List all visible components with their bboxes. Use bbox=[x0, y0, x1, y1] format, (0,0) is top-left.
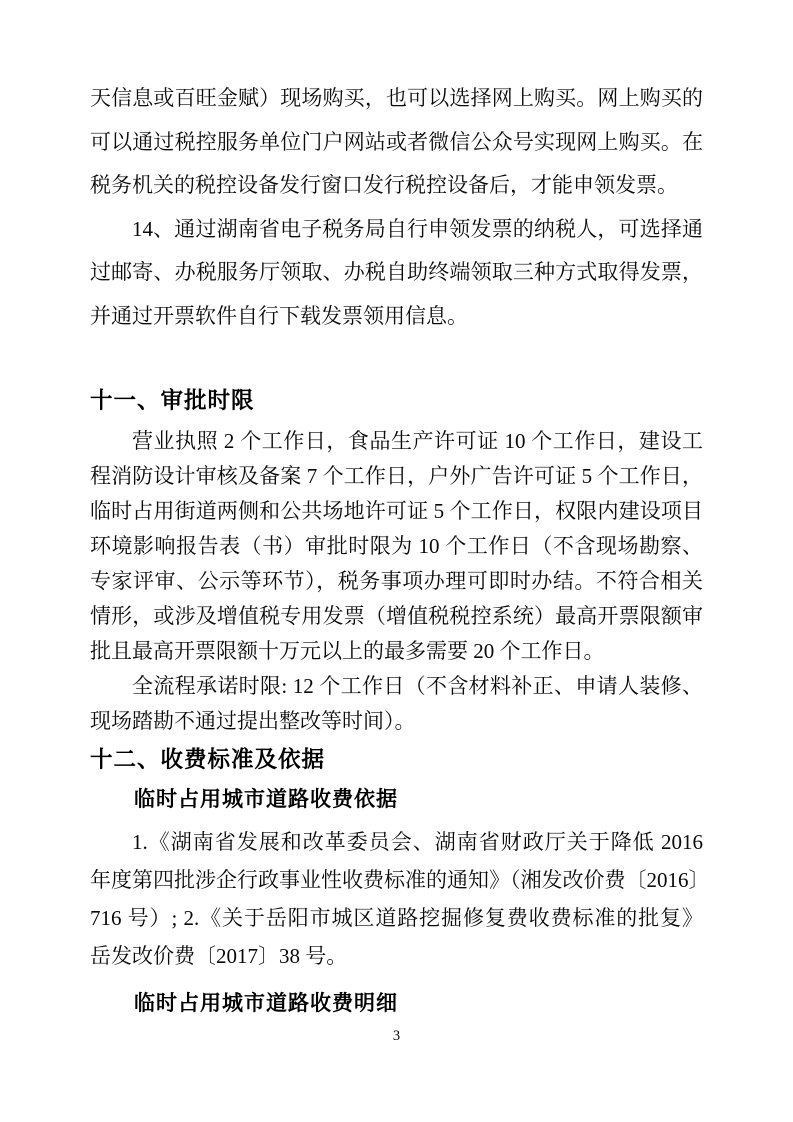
subheading-road-occupation-fee-basis: 临时占用城市道路收费依据 bbox=[90, 785, 703, 815]
text-line: 岳发改价费〔2017〕38 号。 bbox=[90, 937, 703, 975]
text-line: 716 号）; 2.《关于岳阳市城区道路挖掘修复费收费标准的批复》 bbox=[90, 899, 703, 937]
text-line: 可以通过税控服务单位门户网站或者微信公众号实现网上购买。在 bbox=[90, 121, 703, 165]
text-line: 程消防设计审核及备案 7 个工作日，户外广告许可证 5 个工作日， bbox=[90, 459, 703, 494]
text-line: 14、通过湖南省电子税务局自行申领发票的纳税人，可选择通 bbox=[90, 208, 703, 252]
paragraph-approval-time-details: 营业执照 2 个工作日，食品生产许可证 10 个工作日，建设工程消防设计审核及备… bbox=[90, 424, 703, 669]
text-line: 批且最高开票限额十万元以上的最多需要 20 个工作日。 bbox=[90, 634, 703, 669]
text-line: 情形，或涉及增值税专用发票（增值税税控系统）最高开票限额审 bbox=[90, 599, 703, 634]
text-line: 过邮寄、办税服务厅领取、办税自助终端领取三种方式取得发票， bbox=[90, 251, 703, 295]
text-line: 年度第四批涉企行政事业性收费标准的通知》（湘发改价费〔2016〕 bbox=[90, 861, 703, 899]
paragraph-fee-basis-citations: 1.《湖南省发展和改革委员会、湖南省财政厅关于降低 2016年度第四批涉企行政事… bbox=[90, 823, 703, 975]
subheading-road-occupation-fee-detail: 临时占用城市道路收费明细 bbox=[90, 989, 703, 1019]
text-line: 1.《湖南省发展和改革委员会、湖南省财政厅关于降低 2016 bbox=[90, 823, 703, 861]
section-heading-fee-standards: 十二、收费标准及依据 bbox=[90, 745, 703, 775]
spacer bbox=[90, 416, 703, 424]
text-line: 并通过开票软件自行下载发票领用信息。 bbox=[90, 295, 703, 339]
text-line: 现场踏勘不通过提出整改等时间）。 bbox=[90, 704, 703, 739]
section-heading-approval-time-limit: 十一、审批时限 bbox=[90, 386, 703, 416]
spacer bbox=[90, 815, 703, 823]
text-line: 营业执照 2 个工作日，食品生产许可证 10 个工作日，建设工 bbox=[90, 424, 703, 459]
text-line: 全流程承诺时限: 12 个工作日（不含材料补正、申请人装修、 bbox=[90, 669, 703, 704]
text-line: 税务机关的税控设备发行窗口发行税控设备后，才能申领发票。 bbox=[90, 164, 703, 208]
page-number: 3 bbox=[90, 1027, 703, 1045]
text-line: 天信息或百旺金赋）现场购买，也可以选择网上购买。网上购买的 bbox=[90, 77, 703, 121]
text-line: 专家评审、公示等环节），税务事项办理可即时办结。不符合相关 bbox=[90, 564, 703, 599]
paragraph-full-process-commitment: 全流程承诺时限: 12 个工作日（不含材料补正、申请人装修、现场踏勘不通过提出整… bbox=[90, 669, 703, 739]
document-page: 天信息或百旺金赋）现场购买，也可以选择网上购买。网上购买的可以通过税控服务单位门… bbox=[0, 0, 793, 1122]
paragraph-invoice-purchase-continuation: 天信息或百旺金赋）现场购买，也可以选择网上购买。网上购买的可以通过税控服务单位门… bbox=[90, 77, 703, 208]
text-line: 临时占用街道两侧和公共场地许可证 5 个工作日，权限内建设项目 bbox=[90, 494, 703, 529]
text-line: 环境影响报告表（书）审批时限为 10 个工作日（不含现场勘察、 bbox=[90, 529, 703, 564]
paragraph-item-14-self-apply: 14、通过湖南省电子税务局自行申领发票的纳税人，可选择通过邮寄、办税服务厅领取、… bbox=[90, 208, 703, 339]
